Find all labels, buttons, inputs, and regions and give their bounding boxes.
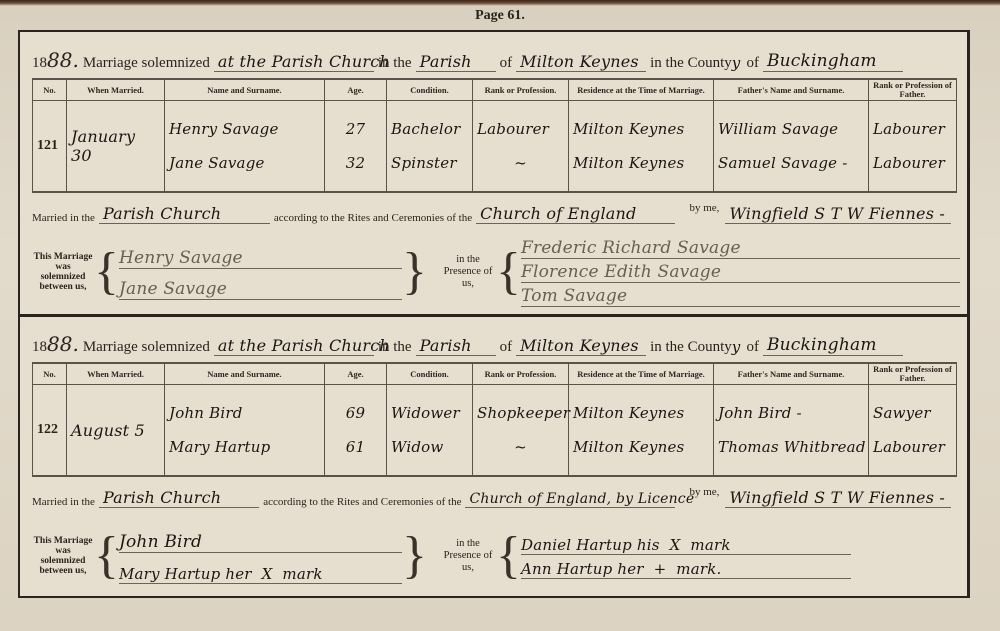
parish-field: Milton Keynes	[516, 52, 646, 72]
marriage-date: January 30	[67, 101, 165, 193]
label-this-marriage: This Marriage was solemnized between us,	[32, 252, 94, 292]
header-age: Age.	[325, 79, 387, 101]
label-of-county: of	[746, 339, 759, 356]
rites-field: Church of England	[476, 204, 675, 224]
bride-profession: ~	[477, 154, 564, 172]
witness-1: Frederic Richard Savage	[521, 238, 960, 259]
married-in-line: Married in the Parish Church according t…	[32, 484, 955, 508]
residences-cell: Milton Keynes Milton Keynes	[569, 101, 714, 193]
label-married-in: Married in the	[32, 212, 95, 224]
groom-condition: Widower	[391, 404, 468, 422]
groom-profession: Shopkeeper	[477, 404, 564, 422]
groom-residence: Milton Keynes	[573, 404, 709, 422]
groom-age: 69	[346, 404, 366, 422]
groom-name: Henry Savage	[169, 120, 320, 138]
couple-signatures: This Marriage was solemnized between us,…	[32, 237, 427, 307]
label-this-marriage: This Marriage was solemnized between us,	[32, 536, 94, 576]
header-rank: Rank or Profession.	[473, 363, 569, 385]
header-condition: Condition.	[387, 363, 473, 385]
label-of: of	[500, 55, 513, 72]
witness-3: Tom Savage	[521, 286, 960, 307]
label-according: according to the Rites and Ceremonies of…	[263, 496, 461, 508]
entry-number: 122	[33, 385, 67, 477]
witness-2: Ann Hartup her + mark.	[521, 558, 851, 579]
professions-cell: Shopkeeper ~	[473, 385, 569, 477]
ages-cell: 69 61	[325, 385, 387, 477]
header-age: Age.	[325, 363, 387, 385]
label-of-county: of	[746, 55, 759, 72]
married-in-field: Parish Church	[99, 204, 270, 224]
place-field: at the Parish Church	[214, 336, 374, 356]
groom-signature: John Bird	[119, 528, 402, 553]
header-name: Name and Surname.	[165, 363, 325, 385]
header-residence: Residence at the Time of Marriage.	[569, 363, 714, 385]
label-marriage-solemnized: Marriage solemnized	[83, 339, 210, 356]
names-cell: Henry Savage Jane Savage	[165, 101, 325, 193]
father-professions-cell: Sawyer Labourer	[869, 385, 957, 477]
year-suffix: 88.	[47, 332, 79, 356]
groom-father: John Bird -	[718, 404, 864, 422]
witness-2: Florence Edith Savage	[521, 262, 960, 283]
label-in-presence: in the Presence of us,	[440, 254, 496, 290]
header-father-name: Father's Name and Surname.	[714, 363, 869, 385]
bride-father-profession: Labourer	[873, 154, 952, 172]
label-marriage-solemnized: Marriage solemnized	[83, 55, 210, 72]
header-row: No. When Married. Name and Surname. Age.…	[33, 79, 957, 101]
officiant-field: Wingfield S T W Fiennes -	[725, 204, 951, 224]
bride-signature: Mary Hartup her X mark	[119, 559, 402, 584]
parish-field: Milton Keynes	[516, 336, 646, 356]
fathers-cell: John Bird - Thomas Whitbread	[714, 385, 869, 477]
label-married-in: Married in the	[32, 496, 95, 508]
bride-profession: ~	[477, 438, 564, 456]
bride-name: Jane Savage	[169, 154, 320, 172]
bride-age: 61	[346, 438, 366, 456]
brace-left: {	[94, 530, 119, 582]
table-row: 121 January 30 Henry Savage Jane Savage …	[33, 101, 957, 193]
header-condition: Condition.	[387, 79, 473, 101]
bride-residence: Milton Keynes	[573, 438, 709, 456]
entry-table: No. When Married. Name and Surname. Age.…	[32, 78, 957, 193]
district-field: Parish	[416, 336, 496, 356]
witness-signatures: in the Presence of us, { Frederic Richar…	[440, 237, 960, 307]
header-when-married: When Married.	[67, 79, 165, 101]
header-no: No.	[33, 363, 67, 385]
bride-condition: Widow	[391, 438, 468, 456]
bride-father: Thomas Whitbread	[718, 438, 864, 456]
witness-signatures: in the Presence of us, { Daniel Hartup h…	[440, 521, 960, 591]
groom-father-profession: Sawyer	[873, 404, 952, 422]
conditions-cell: Widower Widow	[387, 385, 473, 477]
groom-father: William Savage	[718, 120, 864, 138]
entry-title-line: 18 88. Marriage solemnized at the Parish…	[32, 44, 955, 72]
brace-left: {	[94, 246, 119, 298]
professions-cell: Labourer ~	[473, 101, 569, 193]
place-field: at the Parish Church	[214, 52, 374, 72]
label-in-the: in the	[378, 55, 412, 72]
county-suffix: y	[732, 54, 741, 72]
label-county: in the County	[650, 55, 732, 72]
married-in-field: Parish Church	[99, 488, 259, 508]
names-cell: John Bird Mary Hartup	[165, 385, 325, 477]
groom-signature: Henry Savage	[119, 244, 402, 269]
header-rank: Rank or Profession.	[473, 79, 569, 101]
groom-age: 27	[346, 120, 366, 138]
header-name: Name and Surname.	[165, 79, 325, 101]
brace-witness: {	[496, 246, 521, 298]
groom-profession: Labourer	[477, 120, 564, 138]
bride-age: 32	[346, 154, 366, 172]
year-suffix: 88.	[47, 48, 79, 72]
header-row: No. When Married. Name and Surname. Age.…	[33, 363, 957, 385]
couple-signatures: This Marriage was solemnized between us,…	[32, 521, 427, 591]
county-field: Buckingham	[763, 335, 903, 356]
header-father-name: Father's Name and Surname.	[714, 79, 869, 101]
header-father-rank: Rank or Profession of Father.	[869, 79, 957, 101]
header-father-rank: Rank or Profession of Father.	[869, 363, 957, 385]
marriage-register: 18 88. Marriage solemnized at the Parish…	[18, 30, 970, 598]
label-of: of	[500, 339, 513, 356]
groom-father-profession: Labourer	[873, 120, 952, 138]
year-prefix: 18	[32, 339, 47, 356]
marriage-entry-121: 18 88. Marriage solemnized at the Parish…	[20, 32, 967, 317]
residences-cell: Milton Keynes Milton Keynes	[569, 385, 714, 477]
ages-cell: 27 32	[325, 101, 387, 193]
bride-residence: Milton Keynes	[573, 154, 709, 172]
header-when-married: When Married.	[67, 363, 165, 385]
bride-name: Mary Hartup	[169, 438, 320, 456]
county-suffix: y	[732, 338, 741, 356]
entry-title-line: 18 88. Marriage solemnized at the Parish…	[32, 328, 955, 356]
page-title: Page 61.	[0, 8, 1000, 24]
brace-right: }	[402, 246, 427, 298]
bride-signature: Jane Savage	[119, 275, 402, 300]
conditions-cell: Bachelor Spinster	[387, 101, 473, 193]
header-residence: Residence at the Time of Marriage.	[569, 79, 714, 101]
groom-name: John Bird	[169, 404, 320, 422]
bride-father: Samuel Savage -	[718, 154, 864, 172]
label-according: according to the Rites and Ceremonies of…	[274, 212, 472, 224]
groom-residence: Milton Keynes	[573, 120, 709, 138]
table-row: 122 August 5 John Bird Mary Hartup 69 61…	[33, 385, 957, 477]
brace-right: }	[402, 530, 427, 582]
label-in-presence: in the Presence of us,	[440, 538, 496, 574]
marriage-date: August 5	[67, 385, 165, 477]
label-by-me: by me,	[689, 486, 719, 498]
brace-witness: {	[496, 530, 521, 582]
district-field: Parish	[416, 52, 496, 72]
married-in-line: Married in the Parish Church according t…	[32, 200, 955, 224]
father-professions-cell: Labourer Labourer	[869, 101, 957, 193]
label-by-me: by me,	[689, 202, 719, 214]
groom-condition: Bachelor	[391, 120, 468, 138]
label-in-the: in the	[378, 339, 412, 356]
entry-number: 121	[33, 101, 67, 193]
marriage-entry-122: 18 88. Marriage solemnized at the Parish…	[20, 316, 967, 598]
fathers-cell: William Savage Samuel Savage -	[714, 101, 869, 193]
bride-condition: Spinster	[391, 154, 468, 172]
header-no: No.	[33, 79, 67, 101]
county-field: Buckingham	[763, 51, 903, 72]
year-prefix: 18	[32, 55, 47, 72]
rites-field: Church of England, by Licence	[465, 491, 675, 508]
officiant-field: Wingfield S T W Fiennes -	[725, 488, 951, 508]
entry-table: No. When Married. Name and Surname. Age.…	[32, 362, 957, 477]
witness-1: Daniel Hartup his X mark	[521, 534, 851, 555]
label-county: in the County	[650, 339, 732, 356]
bride-father-profession: Labourer	[873, 438, 952, 456]
